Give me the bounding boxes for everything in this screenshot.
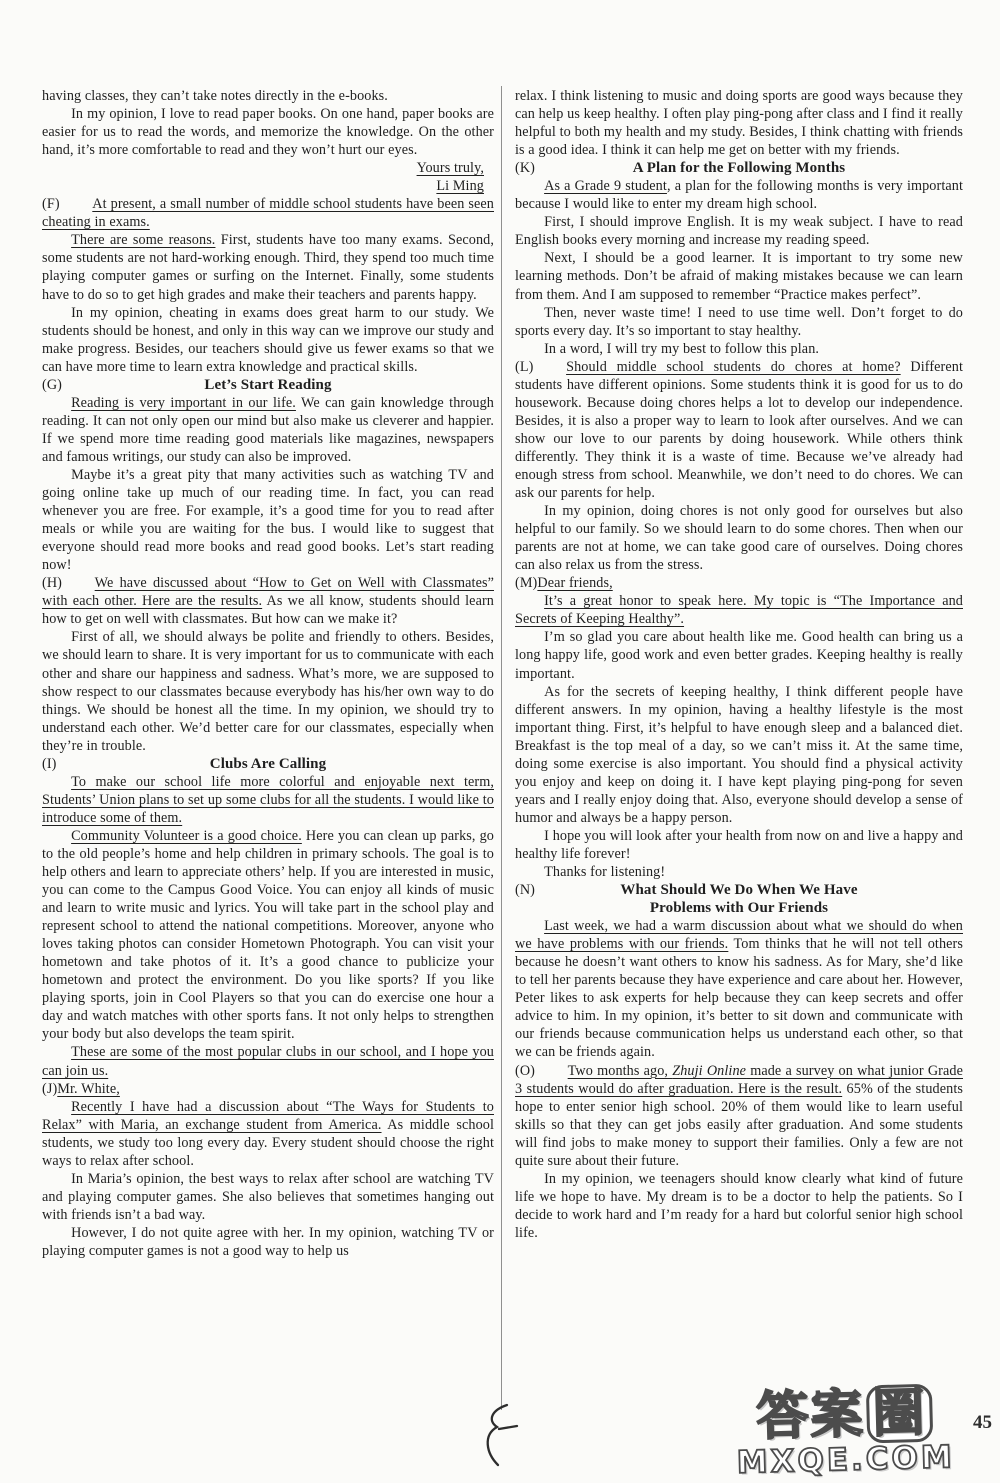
paragraph: In a word, I will try my best to follow … bbox=[515, 340, 963, 358]
section-title: What Should We Do When We Have bbox=[515, 881, 963, 899]
paragraph: In my opinion, we teenagers should know … bbox=[515, 1170, 963, 1242]
section-label: (L) bbox=[515, 359, 566, 375]
right-column: relax. I think listening to music and do… bbox=[515, 87, 963, 1242]
text-run: In a word, I will try my best to follow … bbox=[544, 341, 819, 357]
text-run: First of all, we should always be polite… bbox=[42, 629, 494, 753]
section-heading: (K)A Plan for the Following Months bbox=[515, 159, 963, 177]
text-run: In my opinion, I love to read paper book… bbox=[42, 106, 494, 158]
text-run: Tom thinks that he will not tell others … bbox=[515, 936, 963, 1060]
section-label: (G) bbox=[42, 376, 62, 394]
squiggle-icon bbox=[477, 1402, 523, 1470]
section-title: Let’s Start Reading bbox=[42, 376, 494, 394]
text-run: There are some reasons. bbox=[71, 232, 215, 248]
watermark-brand-text: 答案 bbox=[756, 1385, 866, 1448]
paragraph: (F)At present, a small number of middle … bbox=[42, 195, 494, 231]
section-label: (O) bbox=[515, 1063, 568, 1079]
text-run: To make our school life more colorful an… bbox=[42, 774, 494, 826]
handwritten-mark bbox=[477, 1402, 523, 1475]
paragraph: Reading is very important in our life. W… bbox=[42, 394, 494, 466]
signature-line: Yours truly, bbox=[42, 159, 484, 177]
text-run: First, I should improve English. It is m… bbox=[515, 214, 963, 248]
text-run: Then, never waste time! I need to use ti… bbox=[515, 305, 963, 339]
section-title: Problems with Our Friends bbox=[515, 899, 963, 917]
paragraph: Last week, we had a warm discussion abou… bbox=[515, 917, 963, 1061]
section-label: (K) bbox=[515, 159, 535, 177]
paragraph: I’m so glad you care about health like m… bbox=[515, 628, 963, 682]
section-label: (M) bbox=[515, 575, 537, 591]
watermark-circle-icon: 圈 bbox=[866, 1384, 934, 1444]
paragraph: I hope you will look after your health f… bbox=[515, 827, 963, 863]
watermark-site: MXQE.COM bbox=[680, 1440, 1000, 1481]
text-run: Dear friends, bbox=[537, 575, 612, 591]
scanned-answer-page: having classes, they can’t take notes di… bbox=[0, 0, 1000, 1483]
paragraph: To make our school life more colorful an… bbox=[42, 773, 494, 827]
paragraph: However, I do not quite agree with her. … bbox=[42, 1224, 494, 1260]
section-heading: (N)What Should We Do When We HaveProblem… bbox=[515, 881, 963, 917]
text-run: However, I do not quite agree with her. … bbox=[42, 1225, 494, 1259]
paragraph: relax. I think listening to music and do… bbox=[515, 87, 963, 159]
text-run: I’m so glad you care about health like m… bbox=[515, 629, 963, 681]
paragraph: Maybe it’s a great pity that many activi… bbox=[42, 466, 494, 574]
left-column: having classes, they can’t take notes di… bbox=[42, 87, 494, 1260]
text-run: Maybe it’s a great pity that many activi… bbox=[42, 467, 494, 573]
section-label: (F) bbox=[42, 196, 92, 212]
text-run: In my opinion, doing chores is not only … bbox=[515, 503, 963, 573]
text-run: Reading is very important in our life. bbox=[71, 395, 296, 411]
text-run: Two months ago, bbox=[568, 1063, 673, 1079]
text-run: Next, I should be a good learner. It is … bbox=[515, 250, 963, 302]
text-run: It’s a great honor to speak here. My top… bbox=[515, 593, 963, 627]
paragraph: having classes, they can’t take notes di… bbox=[42, 87, 494, 105]
text-run: As for the secrets of keeping healthy, I… bbox=[515, 684, 963, 826]
section-heading: (G)Let’s Start Reading bbox=[42, 376, 494, 394]
paragraph: It’s a great honor to speak here. My top… bbox=[515, 592, 963, 628]
section-label: (N) bbox=[515, 881, 535, 899]
text-run: Should middle school students do chores … bbox=[566, 359, 901, 375]
section-label: (J) bbox=[42, 1081, 57, 1097]
paragraph: First of all, we should always be polite… bbox=[42, 628, 494, 754]
paragraph: (L)Should middle school students do chor… bbox=[515, 358, 963, 502]
paragraph: In my opinion, doing chores is not only … bbox=[515, 502, 963, 574]
paragraph: Community Volunteer is a good choice. He… bbox=[42, 827, 494, 1044]
signature-line: Li Ming bbox=[42, 177, 484, 195]
text-run: Mr. White, bbox=[57, 1081, 120, 1097]
paragraph: Then, never waste time! I need to use ti… bbox=[515, 304, 963, 340]
paragraph: In Maria’s opinion, the best ways to rel… bbox=[42, 1170, 494, 1224]
paragraph: Thanks for listening! bbox=[515, 863, 963, 881]
paragraph: (J)Mr. White, bbox=[42, 1080, 494, 1098]
paragraph: There are some reasons. First, students … bbox=[42, 231, 494, 303]
text-run: having classes, they can’t take notes di… bbox=[42, 88, 388, 104]
section-label: (I) bbox=[42, 755, 56, 773]
text-run: As a Grade 9 student bbox=[544, 178, 667, 194]
paragraph: These are some of the most popular clubs… bbox=[42, 1043, 494, 1079]
signature: Yours truly,Li Ming bbox=[42, 159, 494, 195]
paragraph: Next, I should be a good learner. It is … bbox=[515, 249, 963, 303]
text-run: In my opinion, cheating in exams does gr… bbox=[42, 305, 494, 375]
paragraph: (O)Two months ago, Zhuji Online made a s… bbox=[515, 1062, 963, 1170]
text-run: These are some of the most popular clubs… bbox=[42, 1044, 494, 1078]
column-divider-line bbox=[501, 86, 502, 1410]
paragraph: (M)Dear friends, bbox=[515, 574, 963, 592]
paragraph: As for the secrets of keeping healthy, I… bbox=[515, 683, 963, 827]
paragraph: In my opinion, I love to read paper book… bbox=[42, 105, 494, 159]
text-run: relax. I think listening to music and do… bbox=[515, 88, 963, 158]
paragraph: First, I should improve English. It is m… bbox=[515, 213, 963, 249]
text-run: Thanks for listening! bbox=[544, 864, 665, 880]
text-run: Community Volunteer is a good choice. bbox=[71, 828, 302, 844]
paragraph: (H)We have discussed about “How to Get o… bbox=[42, 574, 494, 628]
section-title: A Plan for the Following Months bbox=[515, 159, 963, 177]
section-title: Clubs Are Calling bbox=[42, 755, 494, 773]
text-run: I hope you will look after your health f… bbox=[515, 828, 963, 862]
text-run: Here you can clean up parks, go to the o… bbox=[42, 828, 494, 1043]
text-run: Different students have different opinio… bbox=[515, 359, 963, 501]
text-run: In Maria’s opinion, the best ways to rel… bbox=[42, 1171, 494, 1223]
section-label: (H) bbox=[42, 575, 95, 591]
paragraph: Recently I have had a discussion about “… bbox=[42, 1098, 494, 1170]
watermark: 答案圈 MXQE.COM bbox=[679, 1382, 1000, 1481]
text-run: At present, a small number of middle sch… bbox=[42, 196, 494, 230]
section-heading: (I)Clubs Are Calling bbox=[42, 755, 494, 773]
paragraph: In my opinion, cheating in exams does gr… bbox=[42, 304, 494, 376]
text-run: In my opinion, we teenagers should know … bbox=[515, 1171, 963, 1241]
paragraph: As a Grade 9 student, a plan for the fol… bbox=[515, 177, 963, 213]
text-run: Zhuji Online bbox=[672, 1063, 746, 1079]
